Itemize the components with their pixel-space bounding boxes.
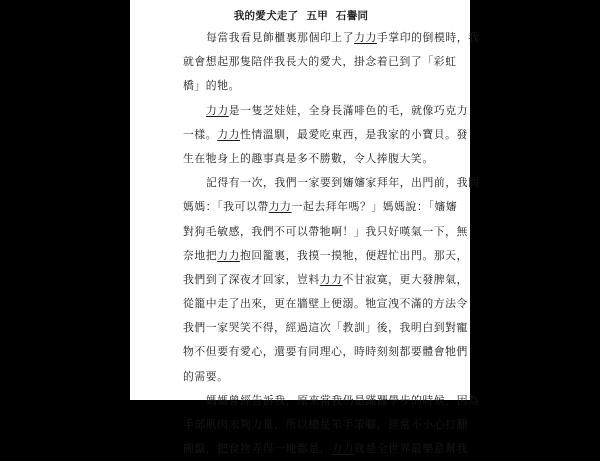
text-line: 物不但要有愛心，還要有同理心，時時刻刻都要體會牠們	[183, 340, 419, 364]
text-run: 性情溫馴，最愛吃東西，是我家的小寶貝。發	[240, 128, 468, 141]
text-run: 我們一家哭笑不得，經過這次「教訓」後，我明白到對寵	[183, 321, 468, 334]
text-line: 的需要。	[183, 365, 419, 389]
pet-name-underlined: 力力	[354, 31, 377, 44]
text-line: 對狗毛敏感，我們不可以帶牠啊！」我只好嘆氣一下，無	[183, 220, 419, 244]
text-run: 是一隻芝娃娃，全身長滿啡色的毛，就像巧克力	[229, 104, 468, 117]
paragraph: 媽媽曾經告訴我，原來當我仍是蹣跚學步的時候，因為手部肌肉未夠力量，所以總是笨手笨…	[183, 389, 419, 400]
text-line: 從籠中走了出來，更在牆壁上便溺。牠宣洩不滿的方法令	[183, 292, 419, 316]
text-run: 抱回籠裏，我摸一摸牠，便趕忙出門。那天，	[240, 249, 468, 262]
pet-name-underlined: 力力	[217, 128, 240, 141]
document-page: 我的愛犬走了 五甲 石譽同 每當我看見飾櫃裏那個印上了力力手掌印的倒模時，我就會…	[130, 0, 470, 400]
text-run: 的需要。	[183, 370, 229, 383]
text-line: 媽媽曾經告訴我，原來當我仍是蹣跚學步的時候，因為	[183, 389, 419, 400]
text-run: 手掌印的倒模時，我	[377, 31, 480, 44]
text-run: 生在牠身上的趣事真是多不勝數，令人捧腹大笑。	[183, 152, 434, 165]
text-run: 奈地把	[183, 249, 217, 262]
text-run: 從籠中走了出來，更在牆壁上便溺。牠宣洩不滿的方法令	[183, 297, 468, 310]
text-line: 奈地把力力抱回籠裏，我摸一摸牠，便趕忙出門。那天，	[183, 244, 419, 268]
text-run: 一樣。	[183, 128, 217, 141]
text-run: 每當我看見飾櫃裏那個印上了	[206, 31, 354, 44]
text-run: 媽媽曾經告訴我，原來當我仍是蹣跚學步的時候，因為	[206, 394, 480, 400]
text-run: 物不但要有愛心，還要有同理心，時時刻刻都要體會牠們	[183, 345, 468, 358]
document-title: 我的愛犬走了 五甲 石譽同	[183, 8, 419, 26]
text-line: 我們到了深夜才回家，豈料力力不甘寂寞，更大發脾氣，	[183, 268, 419, 292]
text-run: 不甘寂寞，更大發脾氣，	[343, 273, 468, 286]
text-run: 一起去拜年嗎？」媽媽說：「嬸嬸	[292, 200, 458, 213]
paragraph: 力力是一隻芝娃娃，全身長滿啡色的毛，就像巧克力一樣。力力性情溫馴，最愛吃東西，是…	[183, 99, 419, 172]
document-body: 每當我看見飾櫃裏那個印上了力力手掌印的倒模時，我就會想起那隻陪伴我長大的愛犬，掛…	[183, 26, 419, 400]
text-line: 橋」的牠。	[183, 74, 419, 98]
text-line: 一樣。力力性情溫馴，最愛吃東西，是我家的小寶貝。發	[183, 123, 419, 147]
text-line: 生在牠身上的趣事真是多不勝數，令人捧腹大笑。	[183, 147, 419, 171]
text-run: 媽媽：「我可以帶	[183, 200, 269, 213]
text-run: 橋」的牠。	[183, 79, 240, 92]
text-line: 記得有一次，我們一家要到嬸嬸家拜年，出門前，我問	[183, 171, 419, 195]
document-content: 我的愛犬走了 五甲 石譽同 每當我看見飾櫃裏那個印上了力力手掌印的倒模時，我就會…	[183, 8, 419, 400]
text-line: 我們一家哭笑不得，經過這次「教訓」後，我明白到對寵	[183, 316, 419, 340]
text-run: 我們到了深夜才回家，豈料	[183, 273, 320, 286]
paragraph: 記得有一次，我們一家要到嬸嬸家拜年，出門前，我問媽媽：「我可以帶力力一起去拜年嗎…	[183, 171, 419, 389]
paragraph: 每當我看見飾櫃裏那個印上了力力手掌印的倒模時，我就會想起那隻陪伴我長大的愛犬，掛…	[183, 26, 419, 99]
text-line: 力力是一隻芝娃娃，全身長滿啡色的毛，就像巧克力	[183, 99, 419, 123]
text-line: 就會想起那隻陪伴我長大的愛犬，掛念着已到了「彩虹	[183, 50, 419, 74]
text-line: 每當我看見飾櫃裏那個印上了力力手掌印的倒模時，我	[183, 26, 419, 50]
text-run: 記得有一次，我們一家要到嬸嬸家拜年，出門前，我問	[206, 176, 480, 189]
pet-name-underlined: 力力	[206, 104, 229, 117]
text-run: 就會想起那隻陪伴我長大的愛犬，掛念着已到了「彩虹	[183, 55, 457, 68]
text-run: 對狗毛敏感，我們不可以帶牠啊！」我只好嘆氣一下，無	[183, 225, 468, 238]
text-line: 媽媽：「我可以帶力力一起去拜年嗎？」媽媽說：「嬸嬸	[183, 195, 419, 219]
pet-name-underlined: 力力	[269, 200, 292, 213]
pet-name-underlined: 力力	[217, 249, 240, 262]
pet-name-underlined: 力力	[320, 273, 343, 286]
